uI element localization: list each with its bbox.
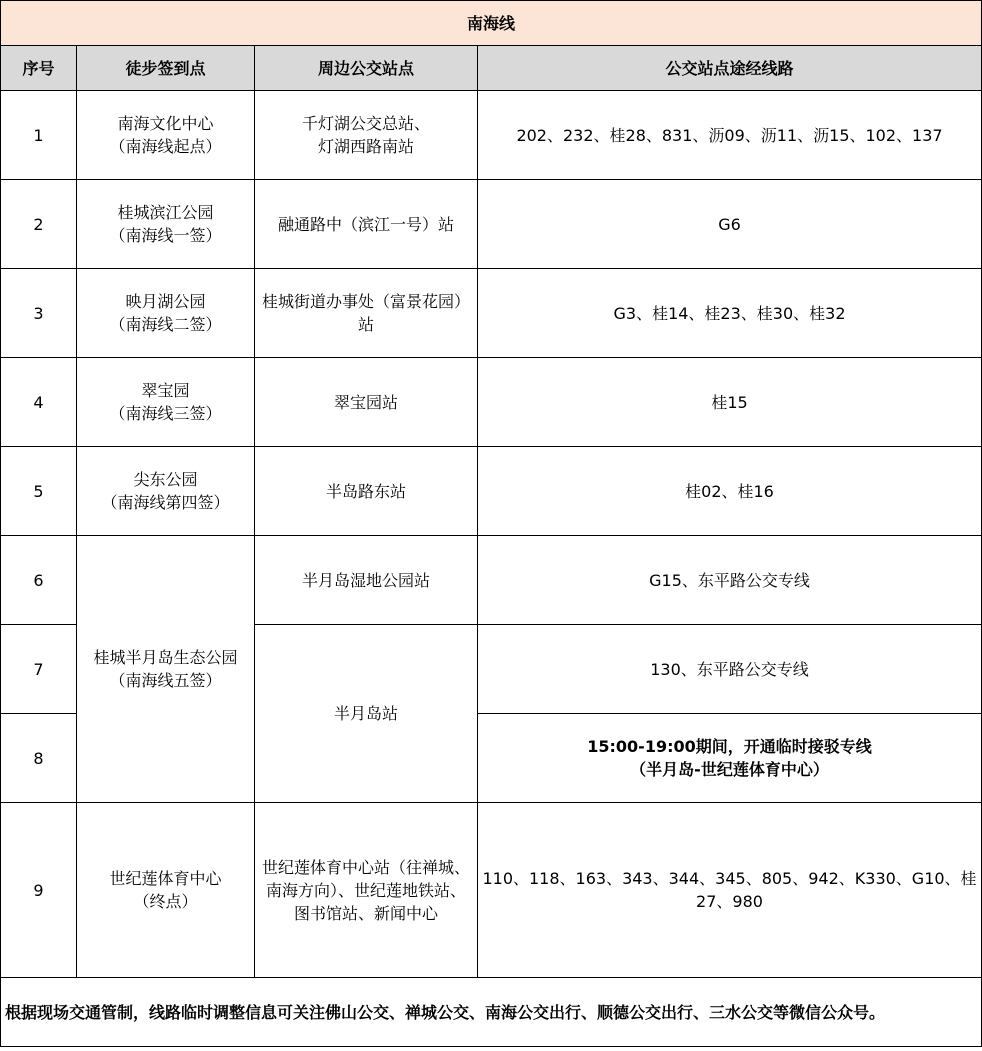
stations-cell: 桂城街道办事处（富景花园）站 — [255, 269, 478, 358]
header-routes: 公交站点途经线路 — [478, 46, 982, 91]
header-stations: 周边公交站点 — [255, 46, 478, 91]
stations-cell: 融通路中（滨江一号）站 — [255, 180, 478, 269]
routes-cell: 130、东平路公交专线 — [478, 625, 982, 714]
checkpoint-cell: 桂城半月岛生态公园 （南海线五签） — [77, 536, 255, 803]
routes-cell: 桂02、桂16 — [478, 447, 982, 536]
table-row: 9 世纪莲体育中心 （终点） 世纪莲体育中心站（往禅城、南海方向）、世纪莲地铁站… — [1, 803, 982, 978]
nanhai-route-table: 南海线 序号 徒步签到点 周边公交站点 公交站点途经线路 1 南海文化中心 （南… — [0, 0, 982, 1047]
table-row: 6 桂城半月岛生态公园 （南海线五签） 半月岛湿地公园站 G15、东平路公交专线 — [1, 536, 982, 625]
checkpoint-cell: 翠宝园 （南海线三签） — [77, 358, 255, 447]
stations-cell: 千灯湖公交总站、 灯湖西路南站 — [255, 91, 478, 180]
routes-cell: G6 — [478, 180, 982, 269]
row-number: 8 — [1, 714, 77, 803]
table-row: 1 南海文化中心 （南海线起点） 千灯湖公交总站、 灯湖西路南站 202、232… — [1, 91, 982, 180]
shuttle-notice-cell: 15:00-19:00期间，开通临时接驳专线 （半月岛-世纪莲体育中心） — [478, 714, 982, 803]
routes-cell: 桂15 — [478, 358, 982, 447]
row-number: 7 — [1, 625, 77, 714]
header-row: 序号 徒步签到点 周边公交站点 公交站点途经线路 — [1, 46, 982, 91]
row-number: 2 — [1, 180, 77, 269]
table-row: 5 尖东公园 （南海线第四签） 半岛路东站 桂02、桂16 — [1, 447, 982, 536]
table-row: 4 翠宝园 （南海线三签） 翠宝园站 桂15 — [1, 358, 982, 447]
checkpoint-cell: 桂城滨江公园 （南海线一签） — [77, 180, 255, 269]
note-row: 根据现场交通管制，线路临时调整信息可关注佛山公交、禅城公交、南海公交出行、顺德公… — [1, 978, 982, 1047]
stations-cell: 半月岛湿地公园站 — [255, 536, 478, 625]
stations-cell: 世纪莲体育中心站（往禅城、南海方向）、世纪莲地铁站、图书馆站、新闻中心 — [255, 803, 478, 978]
routes-cell: 110、118、163、343、344、345、805、942、K330、G10… — [478, 803, 982, 978]
routes-cell: G3、桂14、桂23、桂30、桂32 — [478, 269, 982, 358]
row-number: 1 — [1, 91, 77, 180]
row-number: 6 — [1, 536, 77, 625]
table-title: 南海线 — [1, 1, 982, 46]
checkpoint-cell: 世纪莲体育中心 （终点） — [77, 803, 255, 978]
checkpoint-cell: 尖东公园 （南海线第四签） — [77, 447, 255, 536]
stations-cell: 半月岛站 — [255, 625, 478, 803]
header-no: 序号 — [1, 46, 77, 91]
row-number: 3 — [1, 269, 77, 358]
table-row: 2 桂城滨江公园 （南海线一签） 融通路中（滨江一号）站 G6 — [1, 180, 982, 269]
footnote: 根据现场交通管制，线路临时调整信息可关注佛山公交、禅城公交、南海公交出行、顺德公… — [1, 978, 982, 1047]
header-checkpoint: 徒步签到点 — [77, 46, 255, 91]
checkpoint-cell: 南海文化中心 （南海线起点） — [77, 91, 255, 180]
checkpoint-cell: 映月湖公园 （南海线二签） — [77, 269, 255, 358]
routes-cell: 202、232、桂28、831、沥09、沥11、沥15、102、137 — [478, 91, 982, 180]
row-number: 4 — [1, 358, 77, 447]
routes-cell: G15、东平路公交专线 — [478, 536, 982, 625]
row-number: 5 — [1, 447, 77, 536]
table-row: 3 映月湖公园 （南海线二签） 桂城街道办事处（富景花园）站 G3、桂14、桂2… — [1, 269, 982, 358]
row-number: 9 — [1, 803, 77, 978]
stations-cell: 翠宝园站 — [255, 358, 478, 447]
title-row: 南海线 — [1, 1, 982, 46]
stations-cell: 半岛路东站 — [255, 447, 478, 536]
